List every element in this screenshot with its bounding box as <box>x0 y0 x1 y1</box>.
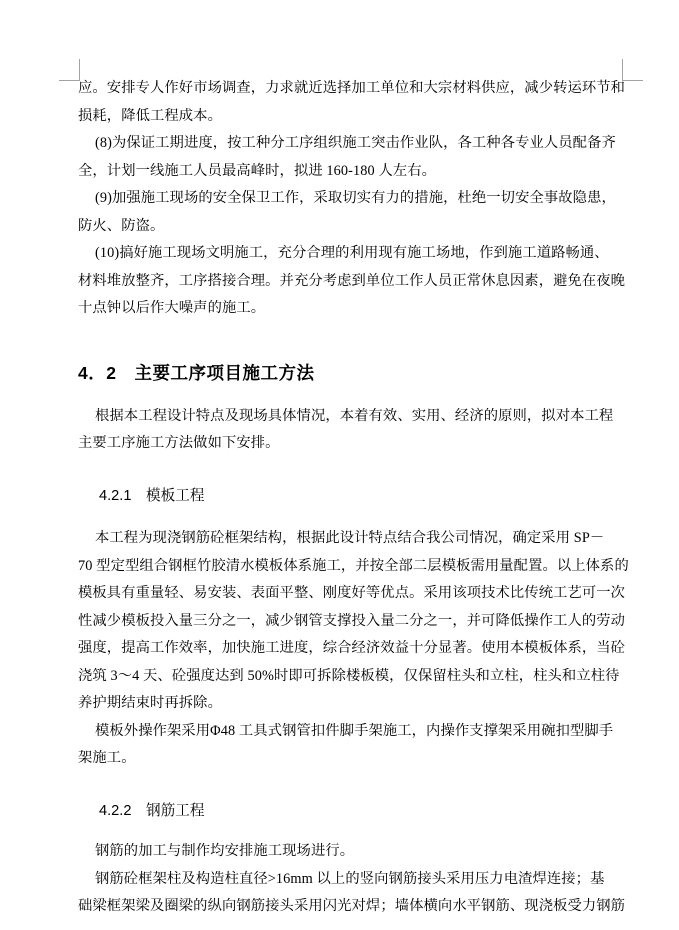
text-line: 架施工。 <box>78 745 624 773</box>
document-page: 应。安排专人作好市场调查，力求就近选择加工单位和大宗材料供应，减少转运环节和 损… <box>0 0 679 930</box>
document-text-area: 应。安排专人作好市场调查，力求就近选择加工单位和大宗材料供应，减少转运环节和 损… <box>78 75 624 921</box>
paragraph-intro-continuation: 应。安排专人作好市场调查，力求就近选择加工单位和大宗材料供应，减少转运环节和 损… <box>78 75 624 130</box>
text-line: 防火、防盗。 <box>78 213 624 241</box>
text-line: 钢筋砼框架柱及构造柱直径>16mm 以上的竖向钢筋接头采用压力电渣焊连接；基 <box>78 866 624 894</box>
text-line: 强度，提高工作效率，加快施工进度，综合经济效益十分显著。使用本模板体系，当砼 <box>78 635 624 663</box>
text-line: 模板具有重量轻、易安装、表面平整、刚度好等优点。采用该项技术比传统工艺可一次 <box>78 580 624 608</box>
paragraph-formwork-2: 模板外操作架采用Φ48 工具式钢管扣件脚手架施工，内操作支撑架采用碗扣型脚手 架… <box>78 718 624 773</box>
text-line: (10)搞好施工现场文明施工，充分合理的利用现有施工场地，作到施工道路畅通、 <box>78 240 624 268</box>
subsection-heading-4-2-2: 4.2.2 钢筋工程 <box>78 798 624 826</box>
text-line: 模板外操作架采用Φ48 工具式钢管扣件脚手架施工，内操作支撑架采用碗扣型脚手 <box>78 718 624 746</box>
section-heading-4-2: 4．2 主要工序项目施工方法 <box>78 358 624 388</box>
subsection-heading-4-2-1: 4.2.1 模板工程 <box>78 483 624 511</box>
text-line: 性减少模板投入量三分之一，减少钢管支撑投入量二分之一，并可降低操作工人的劳动 <box>78 608 624 636</box>
text-line: 本工程为现浇钢筋砼框架结构，根据此设计特点结合我公司情况，确定采用 SP－ <box>78 525 624 553</box>
paragraph-item-10: (10)搞好施工现场文明施工，充分合理的利用现有施工场地，作到施工道路畅通、 材… <box>78 240 624 323</box>
text-boundary-mark-top-left <box>59 59 80 81</box>
text-line: 应。安排专人作好市场调查，力求就近选择加工单位和大宗材料供应，减少转运环节和 <box>78 75 624 103</box>
text-line: 70 型定型组合钢框竹胶清水模板体系施工，并按全部二层模板需用量配置。以上体系的 <box>78 553 624 581</box>
text-line: 十点钟以后作大噪声的施工。 <box>78 295 624 323</box>
paragraph-rebar-2: 钢筋砼框架柱及构造柱直径>16mm 以上的竖向钢筋接头采用压力电渣焊连接；基 础… <box>78 866 624 921</box>
paragraph-item-9: (9)加强施工现场的安全保卫工作，采取切实有力的措施，杜绝一切安全事故隐患， 防… <box>78 185 624 240</box>
paragraph-overview: 根据本工程设计特点及现场具体情况，本着有效、实用、经济的原则，拟对本工程 主要工… <box>78 403 624 458</box>
text-line: 全，计划一线施工人员最高峰时，拟进 160-180 人左右。 <box>78 158 624 186</box>
paragraph-item-8: (8)为保证工期进度，按工种分工序组织施工突击作业队，各工种各专业人员配备齐 全… <box>78 130 624 185</box>
text-line: 根据本工程设计特点及现场具体情况，本着有效、实用、经济的原则，拟对本工程 <box>78 403 624 431</box>
text-line: 钢筋的加工与制作均安排施工现场进行。 <box>78 838 624 866</box>
text-line: 损耗，降低工程成本。 <box>78 103 624 131</box>
text-line: 浇筑 3～4 天、砼强度达到 50%时即可拆除楼板模，仅保留柱头和立柱，柱头和立… <box>78 663 624 691</box>
text-line: 养护期结束时再拆除。 <box>78 690 624 718</box>
text-boundary-mark-top-right <box>622 59 643 81</box>
text-line: (8)为保证工期进度，按工种分工序组织施工突击作业队，各工种各专业人员配备齐 <box>78 130 624 158</box>
text-line: (9)加强施工现场的安全保卫工作，采取切实有力的措施，杜绝一切安全事故隐患， <box>78 185 624 213</box>
paragraph-rebar-1: 钢筋的加工与制作均安排施工现场进行。 <box>78 838 624 866</box>
paragraph-formwork-1: 本工程为现浇钢筋砼框架结构，根据此设计特点结合我公司情况，确定采用 SP－ 70… <box>78 525 624 718</box>
text-line: 础梁框架梁及圈梁的纵向钢筋接头采用闪光对焊；墙体横向水平钢筋、现浇板受力钢筋 <box>78 893 624 921</box>
text-line: 主要工序施工方法做如下安排。 <box>78 430 624 458</box>
text-line: 材料堆放整齐，工序搭接合理。并充分考虑到单位工作人员正常休息因素，避免在夜晚 <box>78 268 624 296</box>
